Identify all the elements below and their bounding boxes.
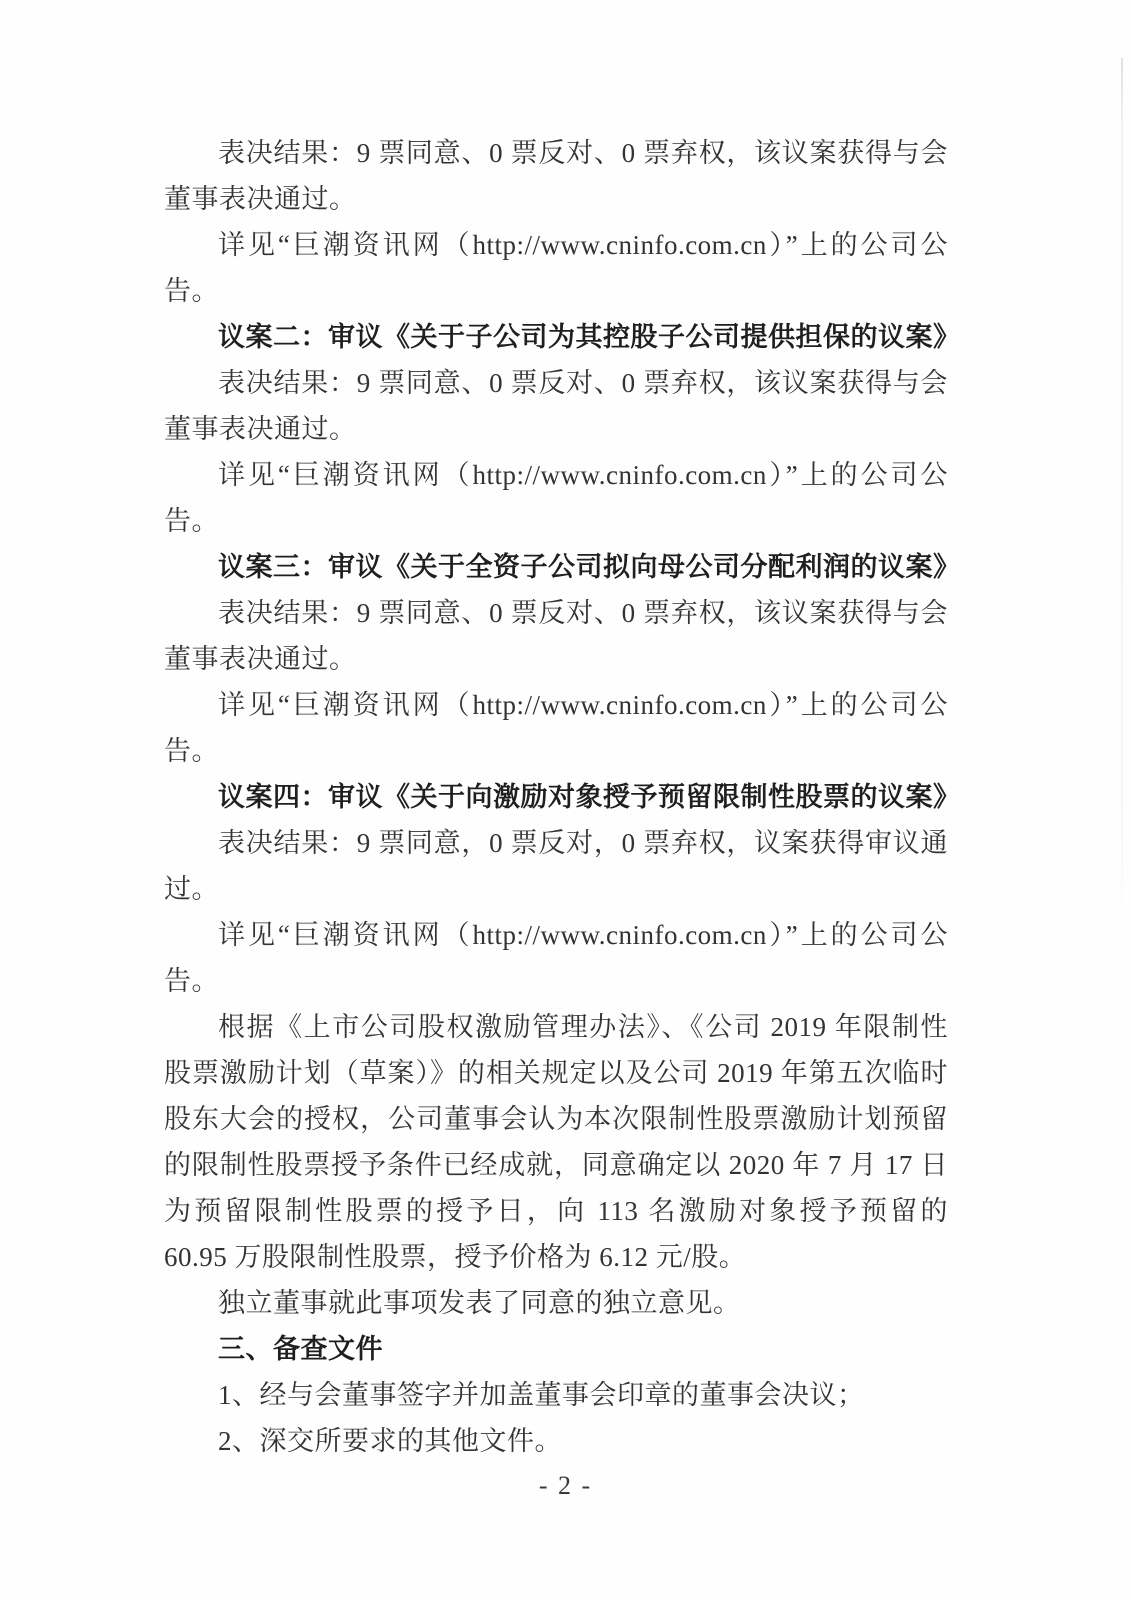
- body-paragraph: 根据《上市公司股权激励管理办法》、《公司 2019 年限制性股票激励计划（草案）…: [164, 1004, 948, 1280]
- heading-paragraph: 议案四：审议《关于向激励对象授予预留限制性股票的议案》: [164, 774, 948, 820]
- document-page: 表决结果：9 票同意、0 票反对、0 票弃权，该议案获得与会董事表决通过。详见“…: [0, 0, 1131, 1600]
- body-paragraph: 表决结果：9 票同意、0 票反对、0 票弃权，该议案获得与会董事表决通过。: [164, 130, 948, 222]
- scan-artifact-line: [1121, 58, 1123, 926]
- heading-paragraph: 议案二：审议《关于子公司为其控股子公司提供担保的议案》: [164, 314, 948, 360]
- body-paragraph: 表决结果：9 票同意、0 票反对、0 票弃权，该议案获得与会董事表决通过。: [164, 360, 948, 452]
- body-paragraph: 独立董事就此事项发表了同意的独立意见。: [164, 1280, 948, 1326]
- page-footer: - 2 -: [0, 1468, 1131, 1504]
- body-paragraph: 详见“巨潮资讯网（http://www.cninfo.com.cn）”上的公司公…: [164, 452, 948, 544]
- body-paragraph: 1、经与会董事签字并加盖董事会印章的董事会决议；: [164, 1372, 948, 1418]
- body-paragraph: 详见“巨潮资讯网（http://www.cninfo.com.cn）”上的公司公…: [164, 222, 948, 314]
- body-paragraph: 表决结果：9 票同意，0 票反对，0 票弃权，议案获得审议通过。: [164, 820, 948, 912]
- body-paragraph: 表决结果：9 票同意、0 票反对、0 票弃权，该议案获得与会董事表决通过。: [164, 590, 948, 682]
- document-content: 表决结果：9 票同意、0 票反对、0 票弃权，该议案获得与会董事表决通过。详见“…: [164, 130, 948, 1464]
- page-number: - 2 -: [539, 1471, 592, 1500]
- body-paragraph: 详见“巨潮资讯网（http://www.cninfo.com.cn）”上的公司公…: [164, 682, 948, 774]
- body-paragraph: 2、深交所要求的其他文件。: [164, 1418, 948, 1464]
- heading-paragraph: 议案三：审议《关于全资子公司拟向母公司分配利润的议案》: [164, 544, 948, 590]
- heading-paragraph: 三、备查文件: [164, 1326, 948, 1372]
- body-paragraph: 详见“巨潮资讯网（http://www.cninfo.com.cn）”上的公司公…: [164, 912, 948, 1004]
